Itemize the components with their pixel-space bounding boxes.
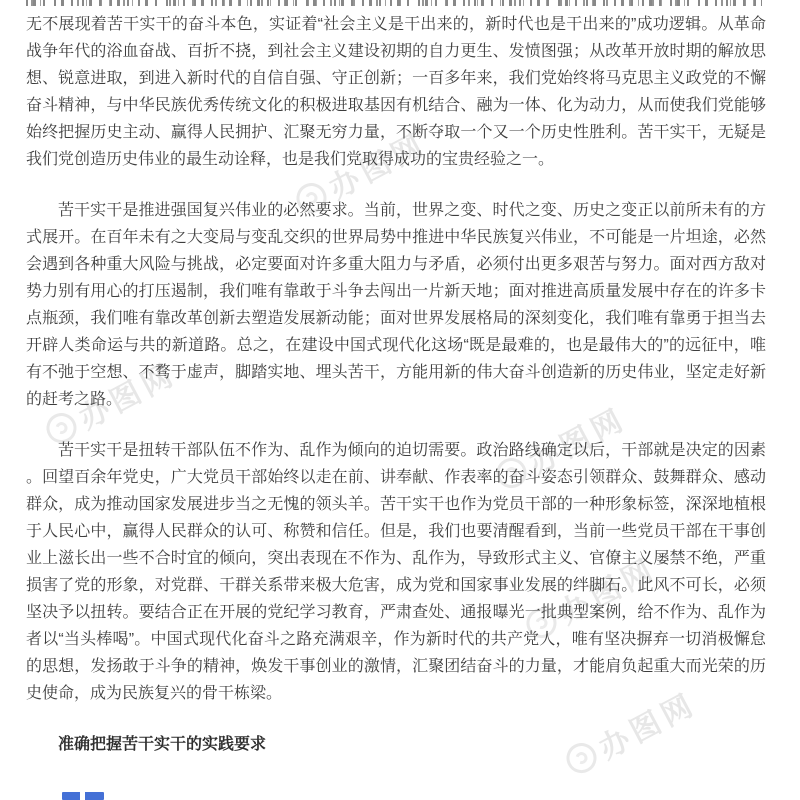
clipped-blue-text-fragment	[62, 792, 104, 800]
clipped-text-top	[26, 0, 762, 6]
paragraph-continuation: 无不展现着苦干实干的奋斗本色，实证着“社会主义是干出来的，新时代也是干出来的”成…	[26, 11, 766, 173]
paragraph: 苦干实干是扭转干部队伍不作为、乱作为倾向的迫切需要。政治路线确定以后，干部就是决…	[26, 437, 766, 707]
section-heading: 准确把握苦干实干的实践要求	[26, 731, 766, 758]
paragraph: 苦干实干是推进强国复兴伟业的必然要求。当前，世界之变、时代之变、历史之变正以前所…	[26, 197, 766, 413]
document-page: 无不展现着苦干实干的奋斗本色，实证着“社会主义是干出来的，新时代也是干出来的”成…	[0, 0, 800, 800]
article-body: 无不展现着苦干实干的奋斗本色，实证着“社会主义是干出来的，新时代也是干出来的”成…	[26, 11, 766, 758]
